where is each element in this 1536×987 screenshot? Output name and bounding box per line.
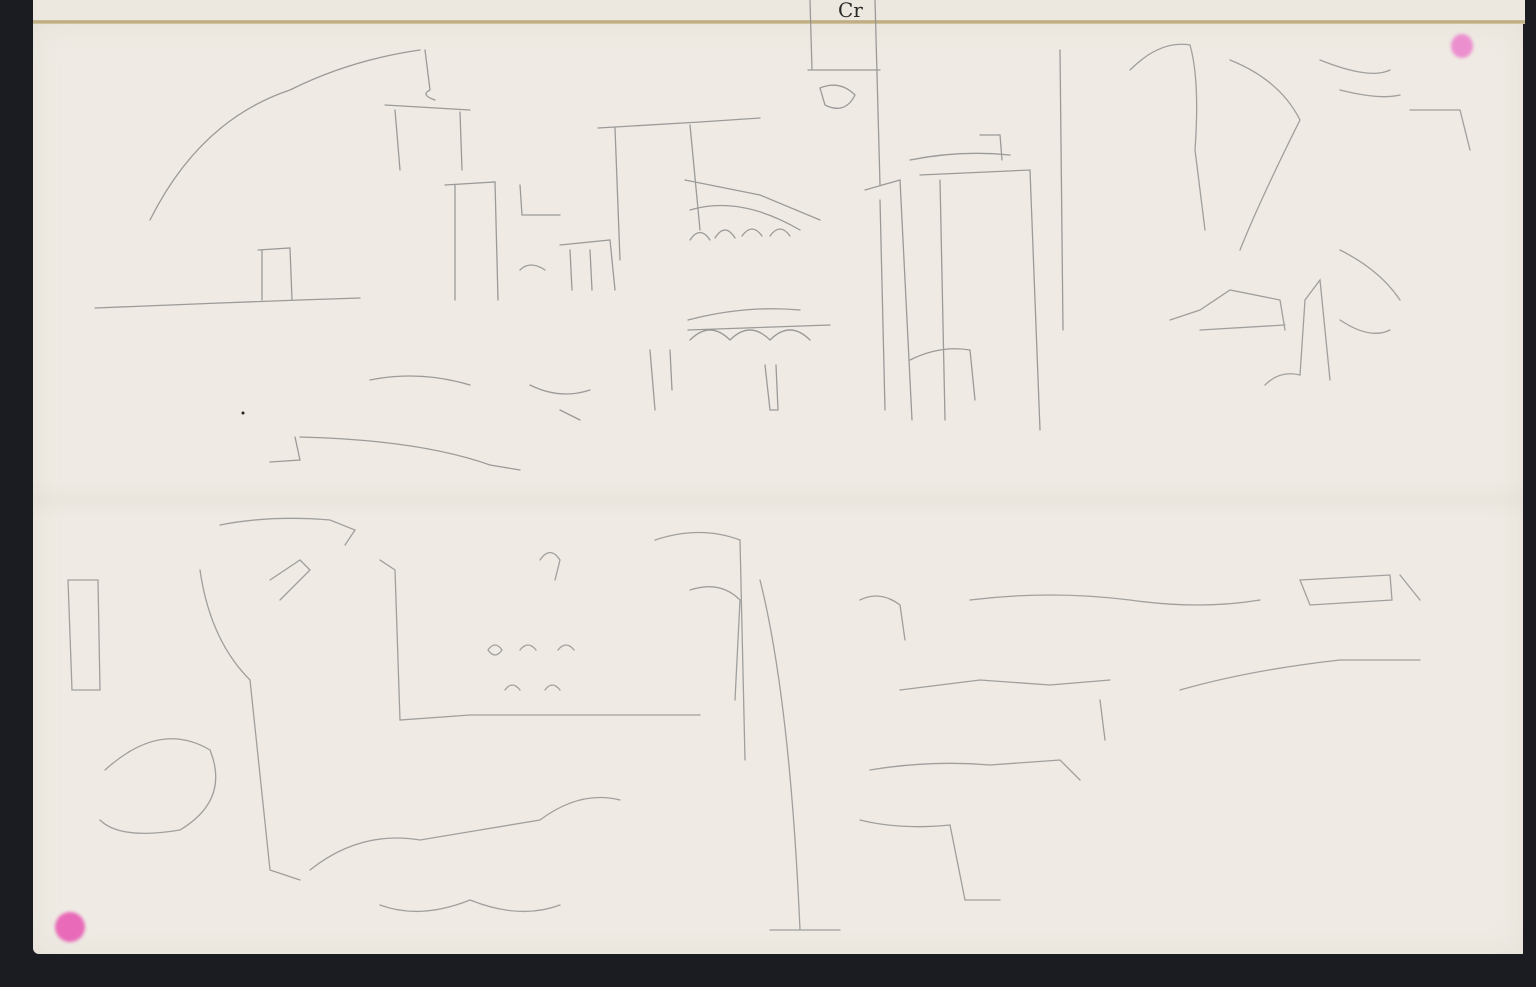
pencil-sketch	[0, 0, 1536, 987]
upper-townscape	[95, 0, 1063, 470]
upper-right-trees	[1130, 44, 1470, 385]
lower-sketch	[68, 518, 1420, 930]
